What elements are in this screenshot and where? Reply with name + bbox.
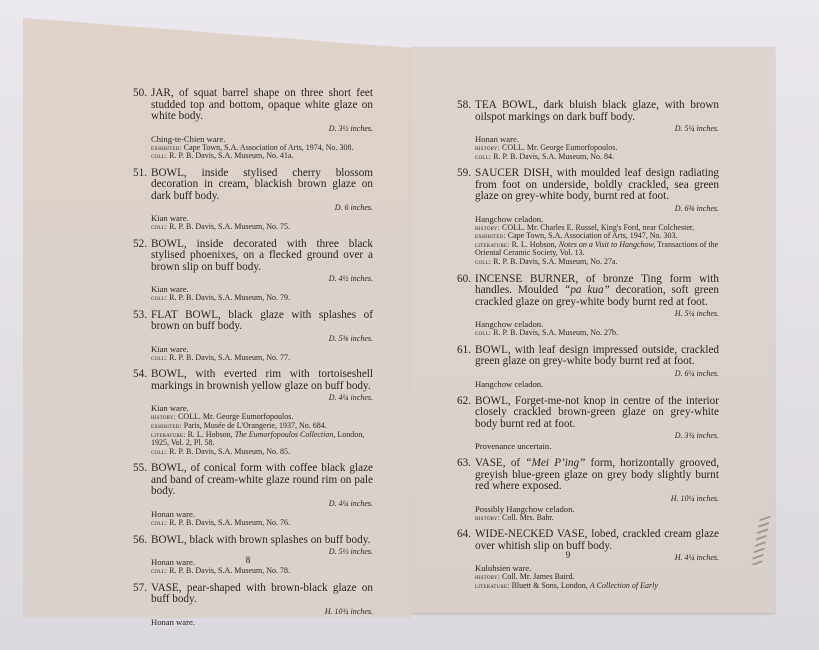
entry-heading: 62.BOWL, Forget-me-not knop in centre of… (457, 396, 719, 431)
entry-meta: Kian ware. COLL: R. P. B. Davis, S.A. Mu… (133, 213, 373, 232)
entry-description: of squat barrel shape on three short fee… (151, 87, 373, 122)
entry-number: 62. (457, 396, 475, 408)
entry-title: INCENSE BURNER, (475, 273, 578, 285)
page-number-right: 9 (558, 550, 578, 560)
entry-title: VASE, (475, 457, 506, 469)
catalogue-entry-59: 59.SAUCER DISH, with moulded leaf design… (457, 168, 719, 266)
catalogue-entry-64: 64.WIDE-NECKED VASE, lobed, crackled cre… (457, 529, 719, 590)
entry-title: BOWL, (151, 238, 187, 250)
entry-collection: COLL: R. P. B. Davis, S.A. Museum, No. 7… (151, 294, 373, 303)
catalogue-entry-50: 50.JAR, of squat barrel shape on three s… (133, 88, 373, 161)
catalogue-entry-62: 62.BOWL, Forget-me-not knop in centre of… (457, 396, 719, 452)
entry-heading: 56.BOWL, black with brown splashes on bu… (133, 535, 373, 547)
entry-dimension: D. 5¼ inches. (457, 124, 719, 134)
entry-collection: COLL: R. P. B. Davis, S.A. Museum, No. 7… (151, 519, 373, 528)
entry-collection: COLL: R. P. B. Davis, S.A. Museum, No. 4… (151, 152, 373, 161)
entry-meta: Provenance uncertain. (457, 441, 719, 451)
entry-meta: Hangchow celadon. (457, 379, 719, 389)
catalogue-entry-52: 52.BOWL, inside decorated with three bla… (133, 239, 373, 303)
entry-collection: COLL: R. P. B. Davis, S.A. Museum, No. 8… (151, 448, 373, 457)
entry-title: BOWL, (151, 462, 187, 474)
entry-number: 60. (457, 274, 475, 286)
entry-heading: 54.BOWL, with everted rim with tortoises… (133, 369, 373, 392)
entry-ware: Honan ware. (151, 617, 373, 627)
entry-number: 63. (457, 458, 475, 470)
entry-description: with leaf design impressed outside, crac… (475, 344, 719, 368)
entry-meta: Kian ware. COLL: R. P. B. Davis, S.A. Mu… (133, 284, 373, 303)
entry-title: BOWL, (151, 368, 187, 380)
entry-collection: COLL: R. P. B. Davis, S.A. Museum, No. 7… (151, 354, 373, 363)
left-page-content: 50.JAR, of squat barrel shape on three s… (133, 88, 373, 634)
entry-dimension: D. 3¾ inches. (457, 431, 719, 441)
entry-heading: 63.VASE, of “Mei P’ing” form, horizontal… (457, 458, 719, 493)
entry-ware: Hangchow celadon. (475, 379, 719, 389)
entry-heading: 52.BOWL, inside decorated with three bla… (133, 239, 373, 274)
page-number-left: 8 (238, 555, 258, 565)
entry-heading: 51.BOWL, inside stylised cherry blossom … (133, 168, 373, 203)
entry-number: 59. (457, 168, 475, 180)
entry-history: HISTORY: Coll. Mrs. Bahr. (475, 514, 719, 523)
entry-literature: LITERATURE: R. L. Hobson, Notes on a Vis… (475, 241, 719, 258)
entry-dimension: H. 10¾ inches. (133, 607, 373, 617)
entry-heading: 57.VASE, pear-shaped with brown-black gl… (133, 583, 373, 606)
entry-meta: Kuluhsien ware. HISTORY: Coll. Mr. James… (457, 563, 719, 590)
entry-collection: COLL: R. P. B. Davis, S.A. Museum, No. 8… (475, 153, 719, 162)
entry-heading: 55.BOWL, of conical form with coffee bla… (133, 463, 373, 498)
entry-meta: Kian ware. HISTORY: COLL. Mr. George Eum… (133, 403, 373, 456)
entry-heading: 64.WIDE-NECKED VASE, lobed, crackled cre… (457, 529, 719, 552)
entry-meta: Honan ware. COLL: R. P. B. Davis, S.A. M… (133, 509, 373, 528)
entry-title: FLAT BOWL, (151, 309, 221, 321)
entry-collection: COLL: R. P. B. Davis, S.A. Museum, No. 2… (475, 258, 719, 267)
entry-dimension: D. 6⅜ inches. (457, 204, 719, 214)
entry-title: JAR, (151, 87, 174, 99)
entry-dimension: D. 4¼ inches. (133, 393, 373, 403)
entry-title: BOWL, (151, 534, 187, 546)
entry-title: VASE, (151, 582, 182, 594)
entry-number: 61. (457, 345, 475, 357)
book-spine (409, 48, 412, 614)
entry-collection: COLL: R. P. B. Davis, S.A. Museum, No. 7… (151, 223, 373, 232)
entry-heading: 50.JAR, of squat barrel shape on three s… (133, 88, 373, 123)
entry-number: 55. (133, 463, 151, 475)
entry-dimension: H. 5¼ inches. (457, 309, 719, 319)
entry-dimension: D. 5⅜ inches. (133, 334, 373, 344)
entry-title: SAUCER DISH, (475, 167, 552, 179)
entry-number: 52. (133, 239, 151, 251)
catalogue-entry-60: 60.INCENSE BURNER, of bronze Ting form w… (457, 274, 719, 338)
entry-heading: 60.INCENSE BURNER, of bronze Ting form w… (457, 274, 719, 309)
catalogue-entry-58: 58.TEA BOWL, dark bluish black glaze, wi… (457, 100, 719, 161)
entry-number: 57. (133, 583, 151, 595)
entry-heading: 58.TEA BOWL, dark bluish black glaze, wi… (457, 100, 719, 123)
entry-number: 58. (457, 100, 475, 112)
entry-title: BOWL, (151, 167, 187, 179)
catalogue-entry-51: 51.BOWL, inside stylised cherry blossom … (133, 168, 373, 232)
entry-meta: Possibly Hangchow celadon. HISTORY: Coll… (457, 504, 719, 523)
entry-description: pear-shaped with brown-black glaze on bu… (151, 582, 373, 606)
right-page-content: 58.TEA BOWL, dark bluish black glaze, wi… (457, 100, 719, 598)
entry-meta: Hangchow celadon. COLL: R. P. B. Davis, … (457, 319, 719, 338)
entry-number: 64. (457, 529, 475, 541)
entry-dimension: D. 6 inches. (133, 203, 373, 213)
catalogue-entry-53: 53.FLAT BOWL, black glaze with splashes … (133, 310, 373, 363)
entry-title: BOWL, (475, 395, 511, 407)
entry-literature: LITERATURE: R. L. Hobson, The Eumorfopou… (151, 431, 373, 448)
entry-number: 50. (133, 88, 151, 100)
catalogue-entry-61: 61.BOWL, with leaf design impressed outs… (457, 345, 719, 389)
entry-literature: LITERATURE: Bluett & Sons, London, A Col… (475, 582, 719, 591)
entry-dimension: D. 4½ inches. (133, 274, 373, 284)
entry-meta: Ching-te-Chien ware. EXHIBITED: Cape Tow… (133, 134, 373, 161)
entry-title: BOWL, (475, 344, 511, 356)
entry-meta: Hangchow celadon. HISTORY: COLL. Mr. Cha… (457, 214, 719, 267)
entry-number: 54. (133, 369, 151, 381)
entry-dimension: H. 4¼ inches. (457, 553, 719, 563)
entry-collection: COLL: R. P. B. Davis, S.A. Museum, No. 2… (475, 329, 719, 338)
catalogue-entry-54: 54.BOWL, with everted rim with tortoises… (133, 369, 373, 456)
entry-dimension: D. 3½ inches. (133, 124, 373, 134)
entry-meta: Honan ware. (133, 617, 373, 627)
entry-dimension: D. 4¼ inches. (133, 499, 373, 509)
entry-number: 53. (133, 310, 151, 322)
entry-description: Forget-me-not knop in centre of the inte… (475, 395, 719, 430)
entry-ware: Provenance uncertain. (475, 441, 719, 451)
catalogue-entry-55: 55.BOWL, of conical form with coffee bla… (133, 463, 373, 527)
entry-dimension: H. 10¼ inches. (457, 494, 719, 504)
entry-collection: COLL: R. P. B. Davis, S.A. Museum, No. 7… (151, 567, 373, 576)
catalogue-entry-63: 63.VASE, of “Mei P’ing” form, horizontal… (457, 458, 719, 522)
entry-heading: 53.FLAT BOWL, black glaze with splashes … (133, 310, 373, 333)
entry-heading: 61.BOWL, with leaf design impressed outs… (457, 345, 719, 368)
entry-number: 56. (133, 535, 151, 547)
entry-description: black with brown splashes on buff body. (190, 534, 371, 546)
entry-title: TEA BOWL, (475, 99, 538, 111)
entry-heading: 59.SAUCER DISH, with moulded leaf design… (457, 168, 719, 203)
entry-meta: Kian ware. COLL: R. P. B. Davis, S.A. Mu… (133, 344, 373, 363)
entry-number: 51. (133, 168, 151, 180)
entry-dimension: D. 6¼ inches. (457, 369, 719, 379)
catalogue-entry-57: 57.VASE, pear-shaped with brown-black gl… (133, 583, 373, 627)
entry-title: WIDE-NECKED VASE, (475, 528, 587, 540)
entry-meta: Honan ware. HISTORY: COLL. Mr. George Eu… (457, 134, 719, 161)
